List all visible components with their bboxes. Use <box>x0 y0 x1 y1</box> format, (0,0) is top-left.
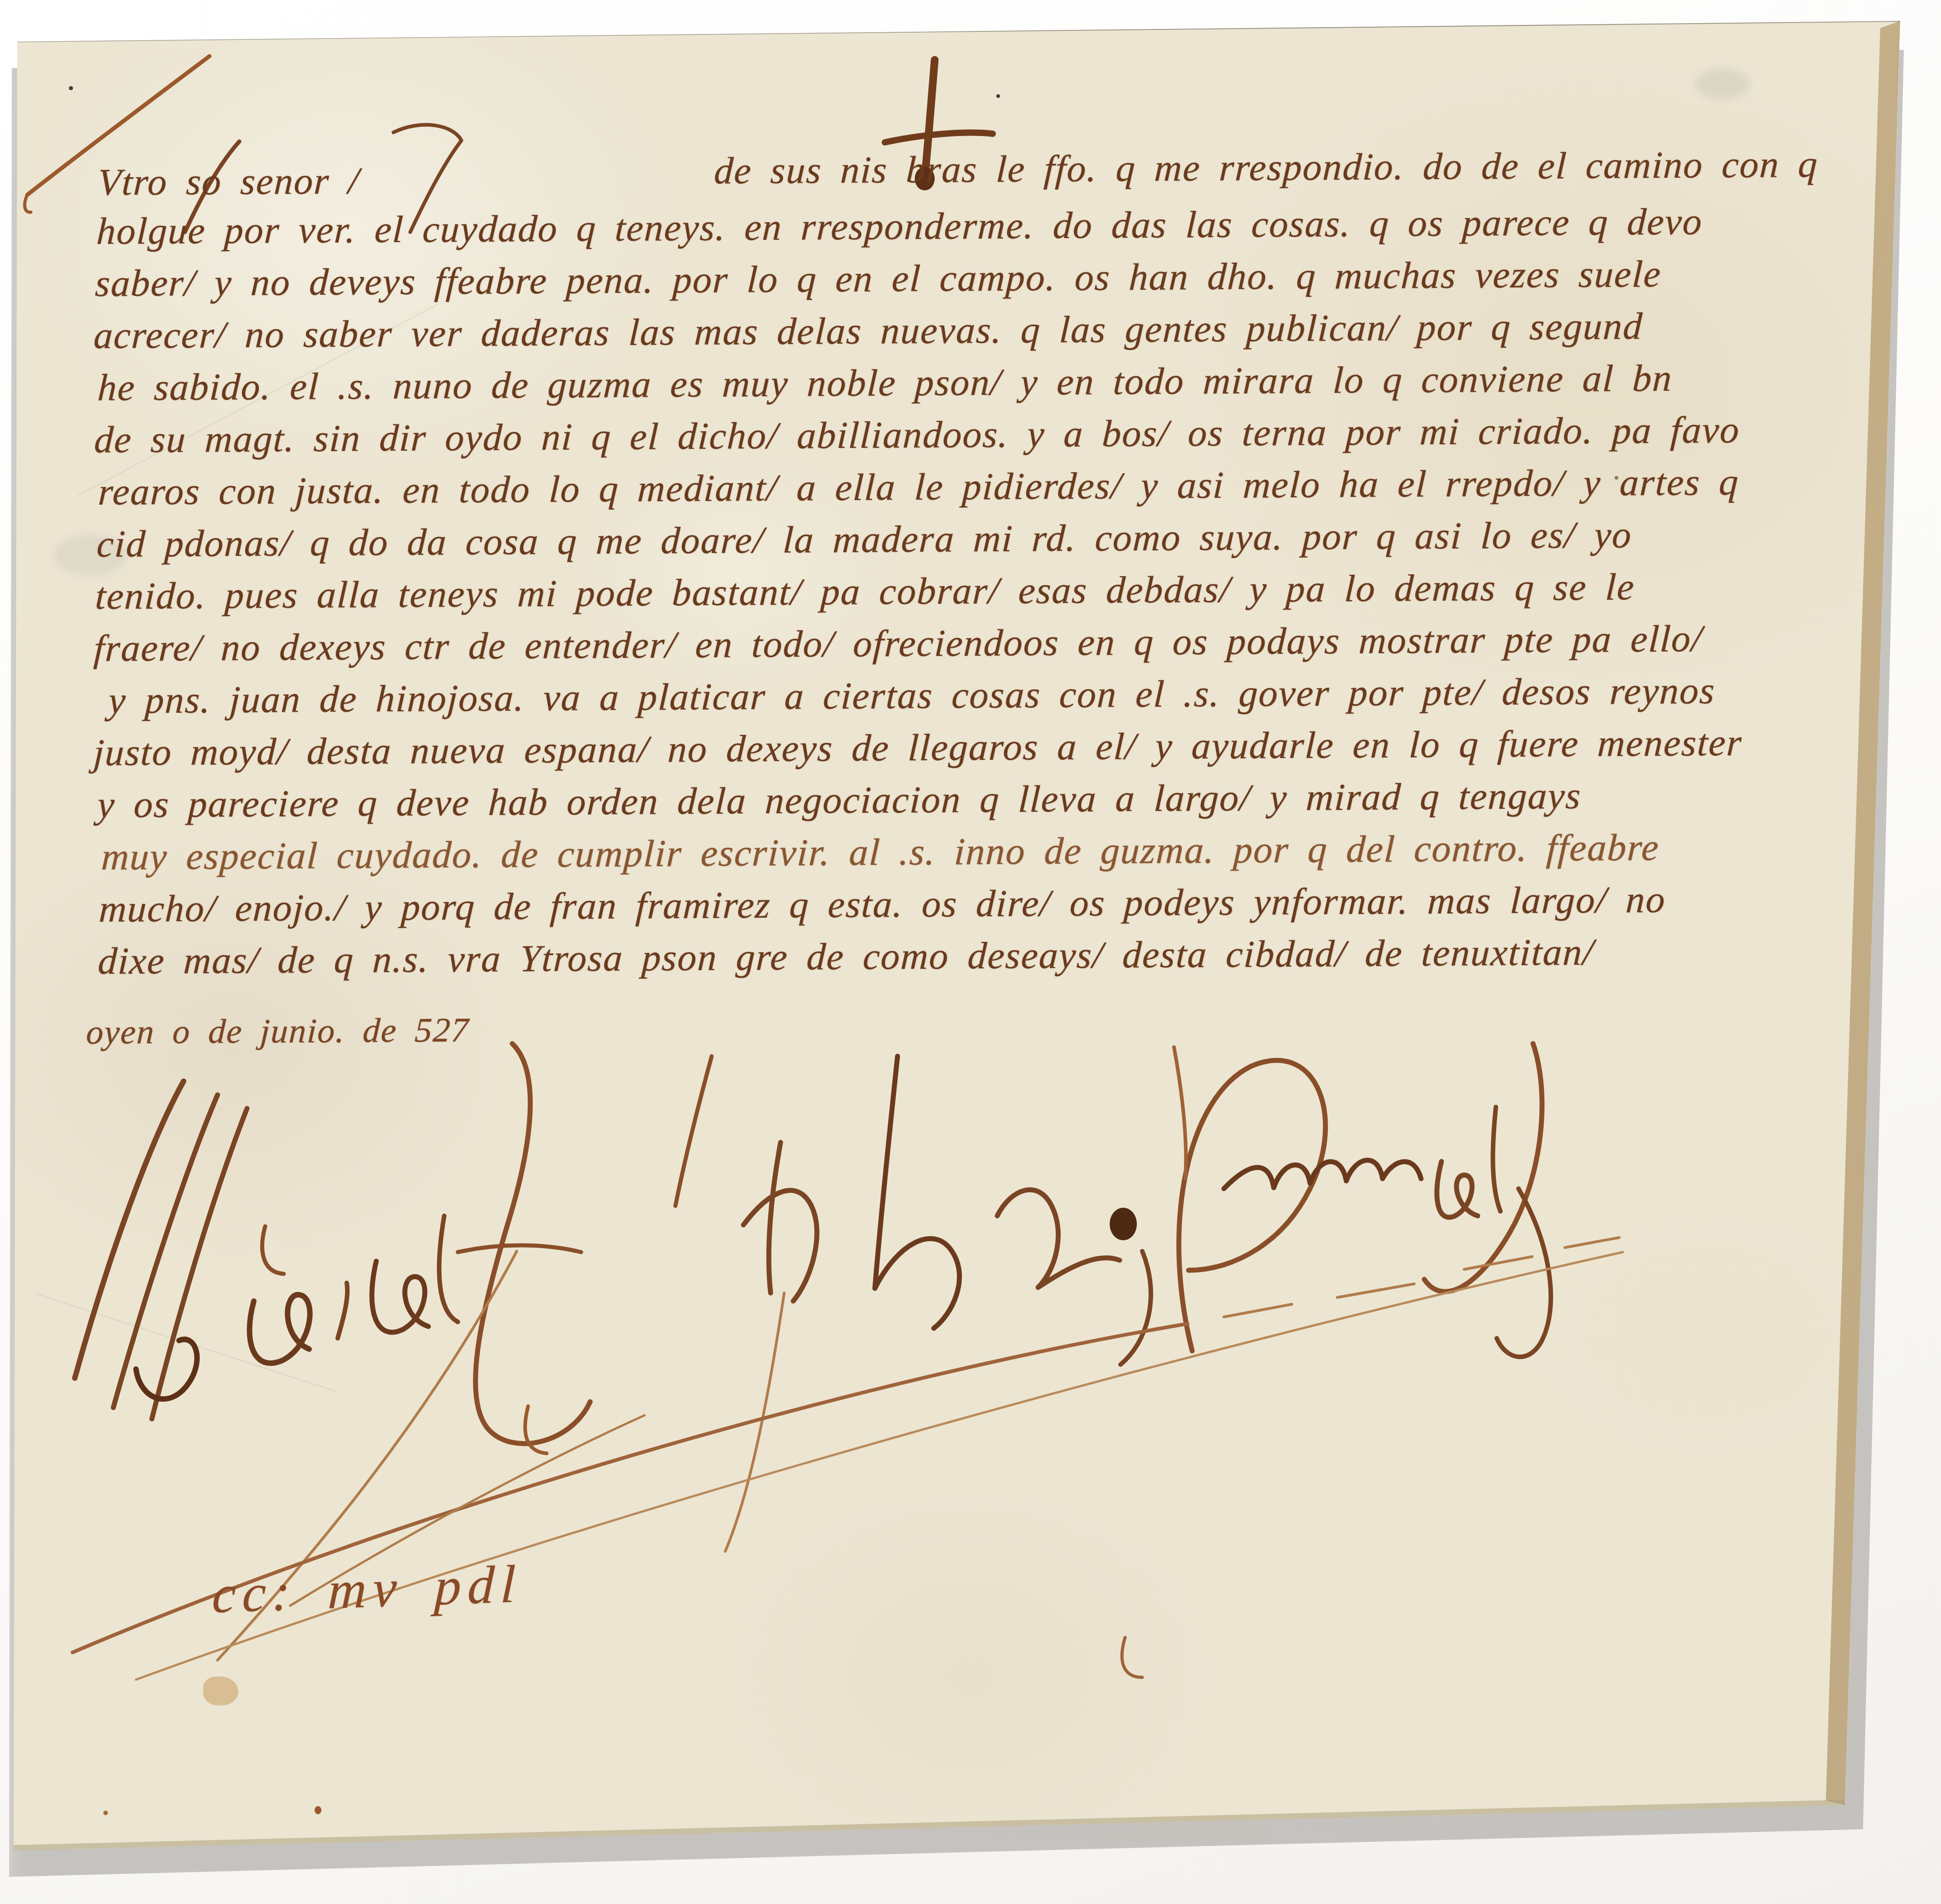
text-line: he sabido. el .s. nuno de guzma es muy n… <box>97 359 1673 407</box>
manuscript-paper: Vtro so senor / de sus nis bras le ffo. … <box>0 0 1941 1904</box>
text-line: fraere/ no dexeys ctr de entender/ en to… <box>93 620 1704 668</box>
text-line: holgue por ver. el cuydado q teneys. en … <box>96 203 1703 251</box>
text-line: de sus nis bras le ffo. q me rrespondio.… <box>713 146 1819 190</box>
text-line: mucho/ enojo./ y porq de fran framirez q… <box>98 881 1666 928</box>
salutation: Vtro so senor / <box>97 162 361 202</box>
text-line: dixe mas/ de q n.s. vra Ytrosa pson gre … <box>97 933 1595 981</box>
text-line: muy especial cuydado. de cumplir escrivi… <box>101 829 1660 876</box>
text-line: justo moyd/ desta nueva espana/ no dexey… <box>92 724 1743 772</box>
text-line: y pns. juan de hinojosa. va a platicar a… <box>108 672 1716 720</box>
text-line: de su magt. sin dir oydo ni q el dicho/ … <box>93 411 1741 459</box>
text-line: tenido. pues alla teneys mi pode bastant… <box>94 568 1635 616</box>
archival-docket: cc: mv pdl <box>211 1553 523 1626</box>
text-line: acrecer/ no saber ver daderas las mas de… <box>93 307 1644 355</box>
dateline: oyen o de junio. de 527 <box>85 1013 470 1049</box>
text-line: y os pareciere q deve hab orden dela neg… <box>97 777 1582 824</box>
text-line: rearos con justa. en todo lo q mediant/ … <box>97 463 1740 511</box>
text-line: saber/ y no deveys ffeabre pena. por lo … <box>94 255 1662 303</box>
text-line: cid pdonas/ q do da cosa q me doare/ la … <box>96 516 1633 563</box>
